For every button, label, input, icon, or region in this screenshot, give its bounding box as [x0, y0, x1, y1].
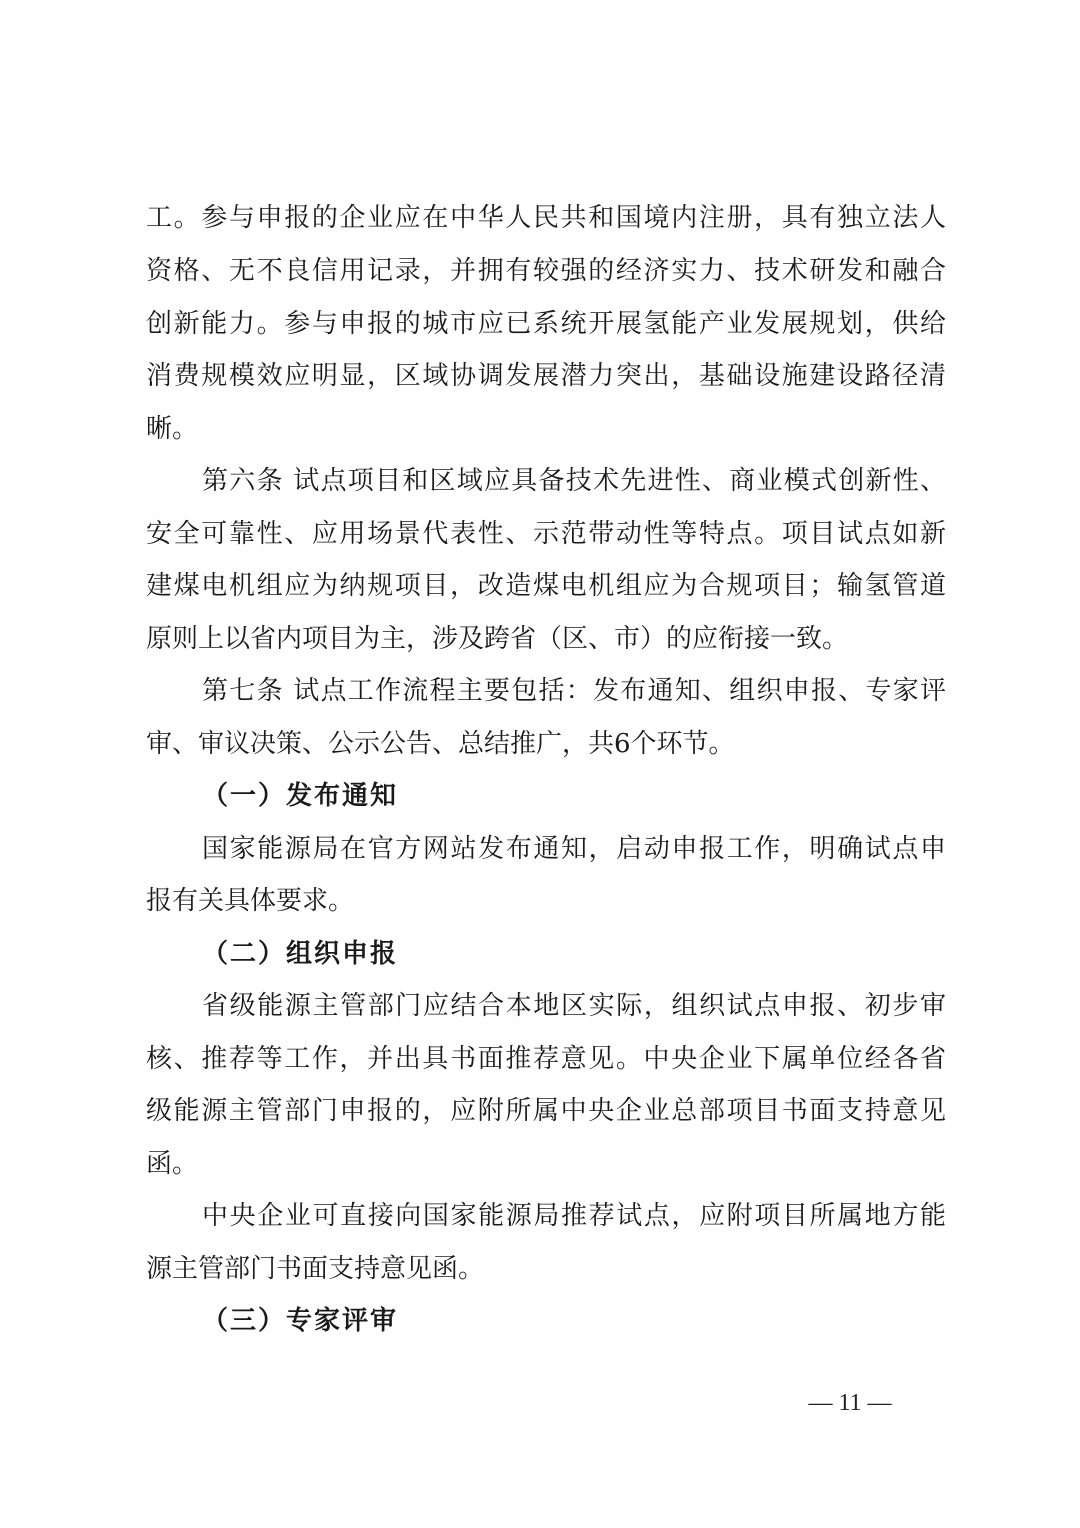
paragraph-line: 消费规模效应明显，区域协调发展潜力突出，基础设施建设路径清 — [146, 356, 946, 396]
paragraph-line: 创新能力。参与申报的城市应已系统开展氢能产业发展规划，供给 — [146, 304, 946, 344]
section-2-line: 省级能源主管部门应结合本地区实际，组织试点申报、初步审 — [202, 986, 946, 1026]
section-2-line: 函。 — [146, 1144, 946, 1184]
document-page: 工。参与申报的企业应在中华人民共和国境内注册，具有独立法人 资格、无不良信用记录… — [0, 0, 1080, 1528]
article-6-line: 建煤电机组应为纳规项目，改造煤电机组应为合规项目；输氢管道 — [146, 566, 946, 606]
section-2-line: 级能源主管部门申报的，应附所属中央企业总部项目书面支持意见 — [146, 1091, 946, 1131]
article-6-line: 原则上以省内项目为主，涉及跨省（区、市）的应衔接一致。 — [146, 619, 946, 659]
section-2-line: 核、推荐等工作，并出具书面推荐意见。中央企业下属单位经各省 — [146, 1039, 946, 1079]
article-6-line: 安全可靠性、应用场景代表性、示范带动性等特点。项目试点如新 — [146, 514, 946, 554]
section-2-line: 中央企业可直接向国家能源局推荐试点，应附项目所属地方能 — [202, 1196, 946, 1236]
section-1-line: 报有关具体要求。 — [146, 881, 946, 921]
paragraph-line: 资格、无不良信用记录，并拥有较强的经济实力、技术研发和融合 — [146, 251, 946, 291]
paragraph-line: 晰。 — [146, 409, 946, 449]
section-heading-expert-review: （三）专家评审 — [202, 1301, 398, 1341]
section-heading-publish-notice: （一）发布通知 — [202, 776, 398, 816]
page-number: — 11 — — [800, 1386, 900, 1420]
article-6-line: 第六条 试点项目和区域应具备技术先进性、商业模式创新性、 — [202, 461, 946, 501]
article-7-line: 第七条 试点工作流程主要包括：发布通知、组织申报、专家评 — [202, 671, 946, 711]
paragraph-line: 工。参与申报的企业应在中华人民共和国境内注册，具有独立法人 — [146, 198, 946, 238]
article-7-line: 审、审议决策、公示公告、总结推广，共6个环节。 — [146, 724, 946, 764]
section-2-line: 源主管部门书面支持意见函。 — [146, 1249, 946, 1289]
section-heading-organize-application: （二）组织申报 — [202, 934, 398, 974]
section-1-line: 国家能源局在官方网站发布通知，启动申报工作，明确试点申 — [202, 829, 946, 869]
